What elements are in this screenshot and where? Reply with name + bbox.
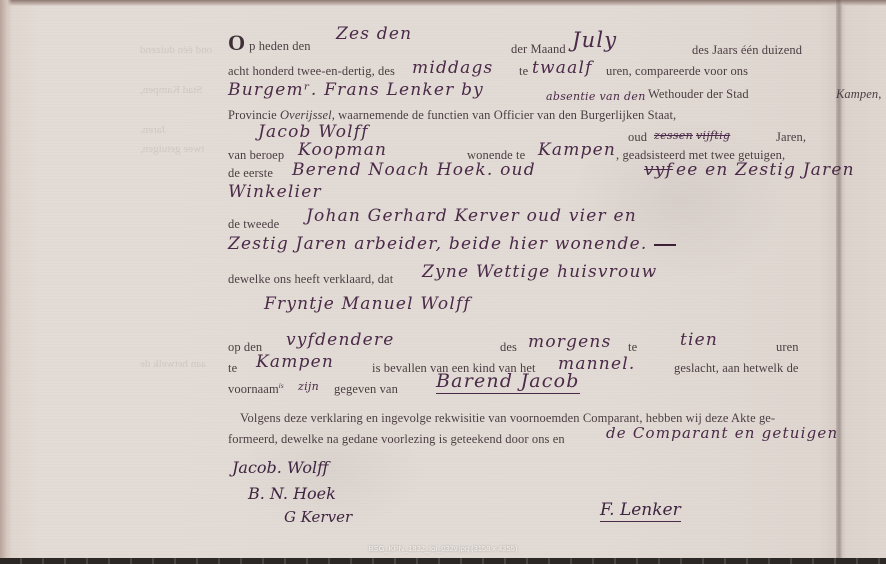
printed-text: dewelke ons heeft verklaard, dat: [228, 272, 393, 287]
birth-place-handwritten: Kampen: [256, 352, 334, 372]
printed-text: p heden den: [249, 39, 311, 53]
child-name-handwritten: Barend Jacob: [436, 370, 580, 394]
witness2-handwritten: Johan Gerhard Kerver oud vier en: [306, 206, 637, 226]
comparant-name-handwritten: Jacob Wolff: [258, 122, 369, 142]
witness1-occupation-handwritten: Winkelier: [228, 182, 322, 202]
birth-day-handwritten: vyfdendere: [286, 330, 395, 350]
printed-text: Wethouder der Stad: [648, 87, 749, 102]
printed-text: Jaren,: [776, 130, 806, 145]
page-top-edge: [0, 0, 886, 6]
day-handwritten: Zes den: [336, 24, 412, 44]
occupation-handwritten: Koopman: [298, 140, 387, 160]
month-handwritten: July: [572, 28, 617, 52]
bleed-through-text: twee getuigen,: [140, 143, 204, 155]
signature-witness-2: G Kerver: [284, 508, 352, 526]
printed-text: oud: [628, 130, 647, 145]
signers-handwritten: de Comparant en getuigen: [606, 424, 838, 442]
printed-text: te: [519, 64, 528, 79]
age-struck-handwritten: zessen: [654, 129, 693, 142]
printed-text: de eerste: [228, 166, 273, 181]
witness2-continuation-handwritten: Zestig Jaren arbeider, beide hier wonend…: [228, 234, 676, 254]
witness1-age-handwritten: ee en Zestig Jaren: [676, 160, 855, 180]
line-filler-dash: [654, 244, 676, 246]
printed-text: uren, compareerde voor ons: [606, 64, 748, 79]
printed-text: de tweede: [228, 217, 279, 232]
zijn-handwritten: zijn: [298, 380, 319, 393]
daypart-handwritten: middags: [412, 58, 493, 78]
record-line-4: Provincie Overijssel, waarnemende de fun…: [228, 108, 676, 123]
printed-text: te: [228, 361, 237, 376]
printed-text: gegeven van: [334, 382, 398, 397]
printed-text: geslacht, aan hetwelk de: [674, 361, 799, 376]
bleed-through-text: aan hetwelk de: [140, 358, 206, 370]
page-fold-shadow: [836, 0, 842, 558]
mother-name-handwritten: Fryntje Manuel Wolff: [264, 294, 471, 314]
signature-official: F. Lenker: [600, 500, 681, 522]
printed-text: te: [628, 340, 637, 355]
image-filename-caption: BSG_KPN_1832_fol_032v.jpg (3158 x 4355): [0, 544, 886, 553]
printed-text: van beroep: [228, 148, 284, 163]
page-left-edge: [0, 0, 12, 558]
official-handwritten: Burgemʳ. Frans Lenker by: [228, 80, 484, 100]
age-handwritten: vijftig: [696, 129, 730, 142]
relation-handwritten: Zyne Wettige huisvrouw: [422, 262, 657, 282]
printed-text: uren: [776, 340, 799, 355]
birth-hour-handwritten: tien: [680, 330, 718, 350]
printed-text: acht honderd twee-en-dertig, des: [228, 64, 395, 79]
hour-handwritten: twaalf: [532, 58, 593, 78]
bleed-through-text: Jaren.: [140, 124, 166, 136]
printed-text: des Jaars één duizend: [692, 43, 802, 58]
residence-handwritten: Kampen: [538, 140, 616, 160]
viewer-bottom-toolbar[interactable]: [0, 558, 886, 564]
image-viewer[interactable]: ond één duizend Stad Kampen, Jaren. twee…: [0, 0, 886, 564]
signature-father: Jacob. Wolff: [232, 458, 328, 477]
drop-cap: O: [228, 30, 245, 55]
printed-text: formeerd, dewelke na gedane voorlezing i…: [228, 432, 565, 447]
scanned-document-page: ond één duizend Stad Kampen, Jaren. twee…: [0, 0, 886, 558]
record-line-1: O p heden den: [228, 30, 311, 56]
city-printed: Kampen,: [836, 87, 882, 102]
province-printed: Overijssel: [280, 108, 332, 122]
bleed-through-text: ond één duizend: [140, 44, 212, 56]
witness1-age-struck: vyf: [644, 160, 673, 180]
absence-note-handwritten: absentie van den: [546, 90, 646, 103]
printed-text: der Maand: [511, 42, 566, 57]
witness1-handwritten: Berend Noach Hoek. oud: [292, 160, 536, 180]
record-line-15-label: voornaamis: [228, 382, 284, 397]
printed-text: des: [500, 340, 517, 355]
birth-daypart-handwritten: morgens: [528, 332, 612, 352]
signature-witness-1: B. N. Hoek: [248, 484, 336, 503]
bleed-through-text: Stad Kampen,: [140, 84, 202, 96]
